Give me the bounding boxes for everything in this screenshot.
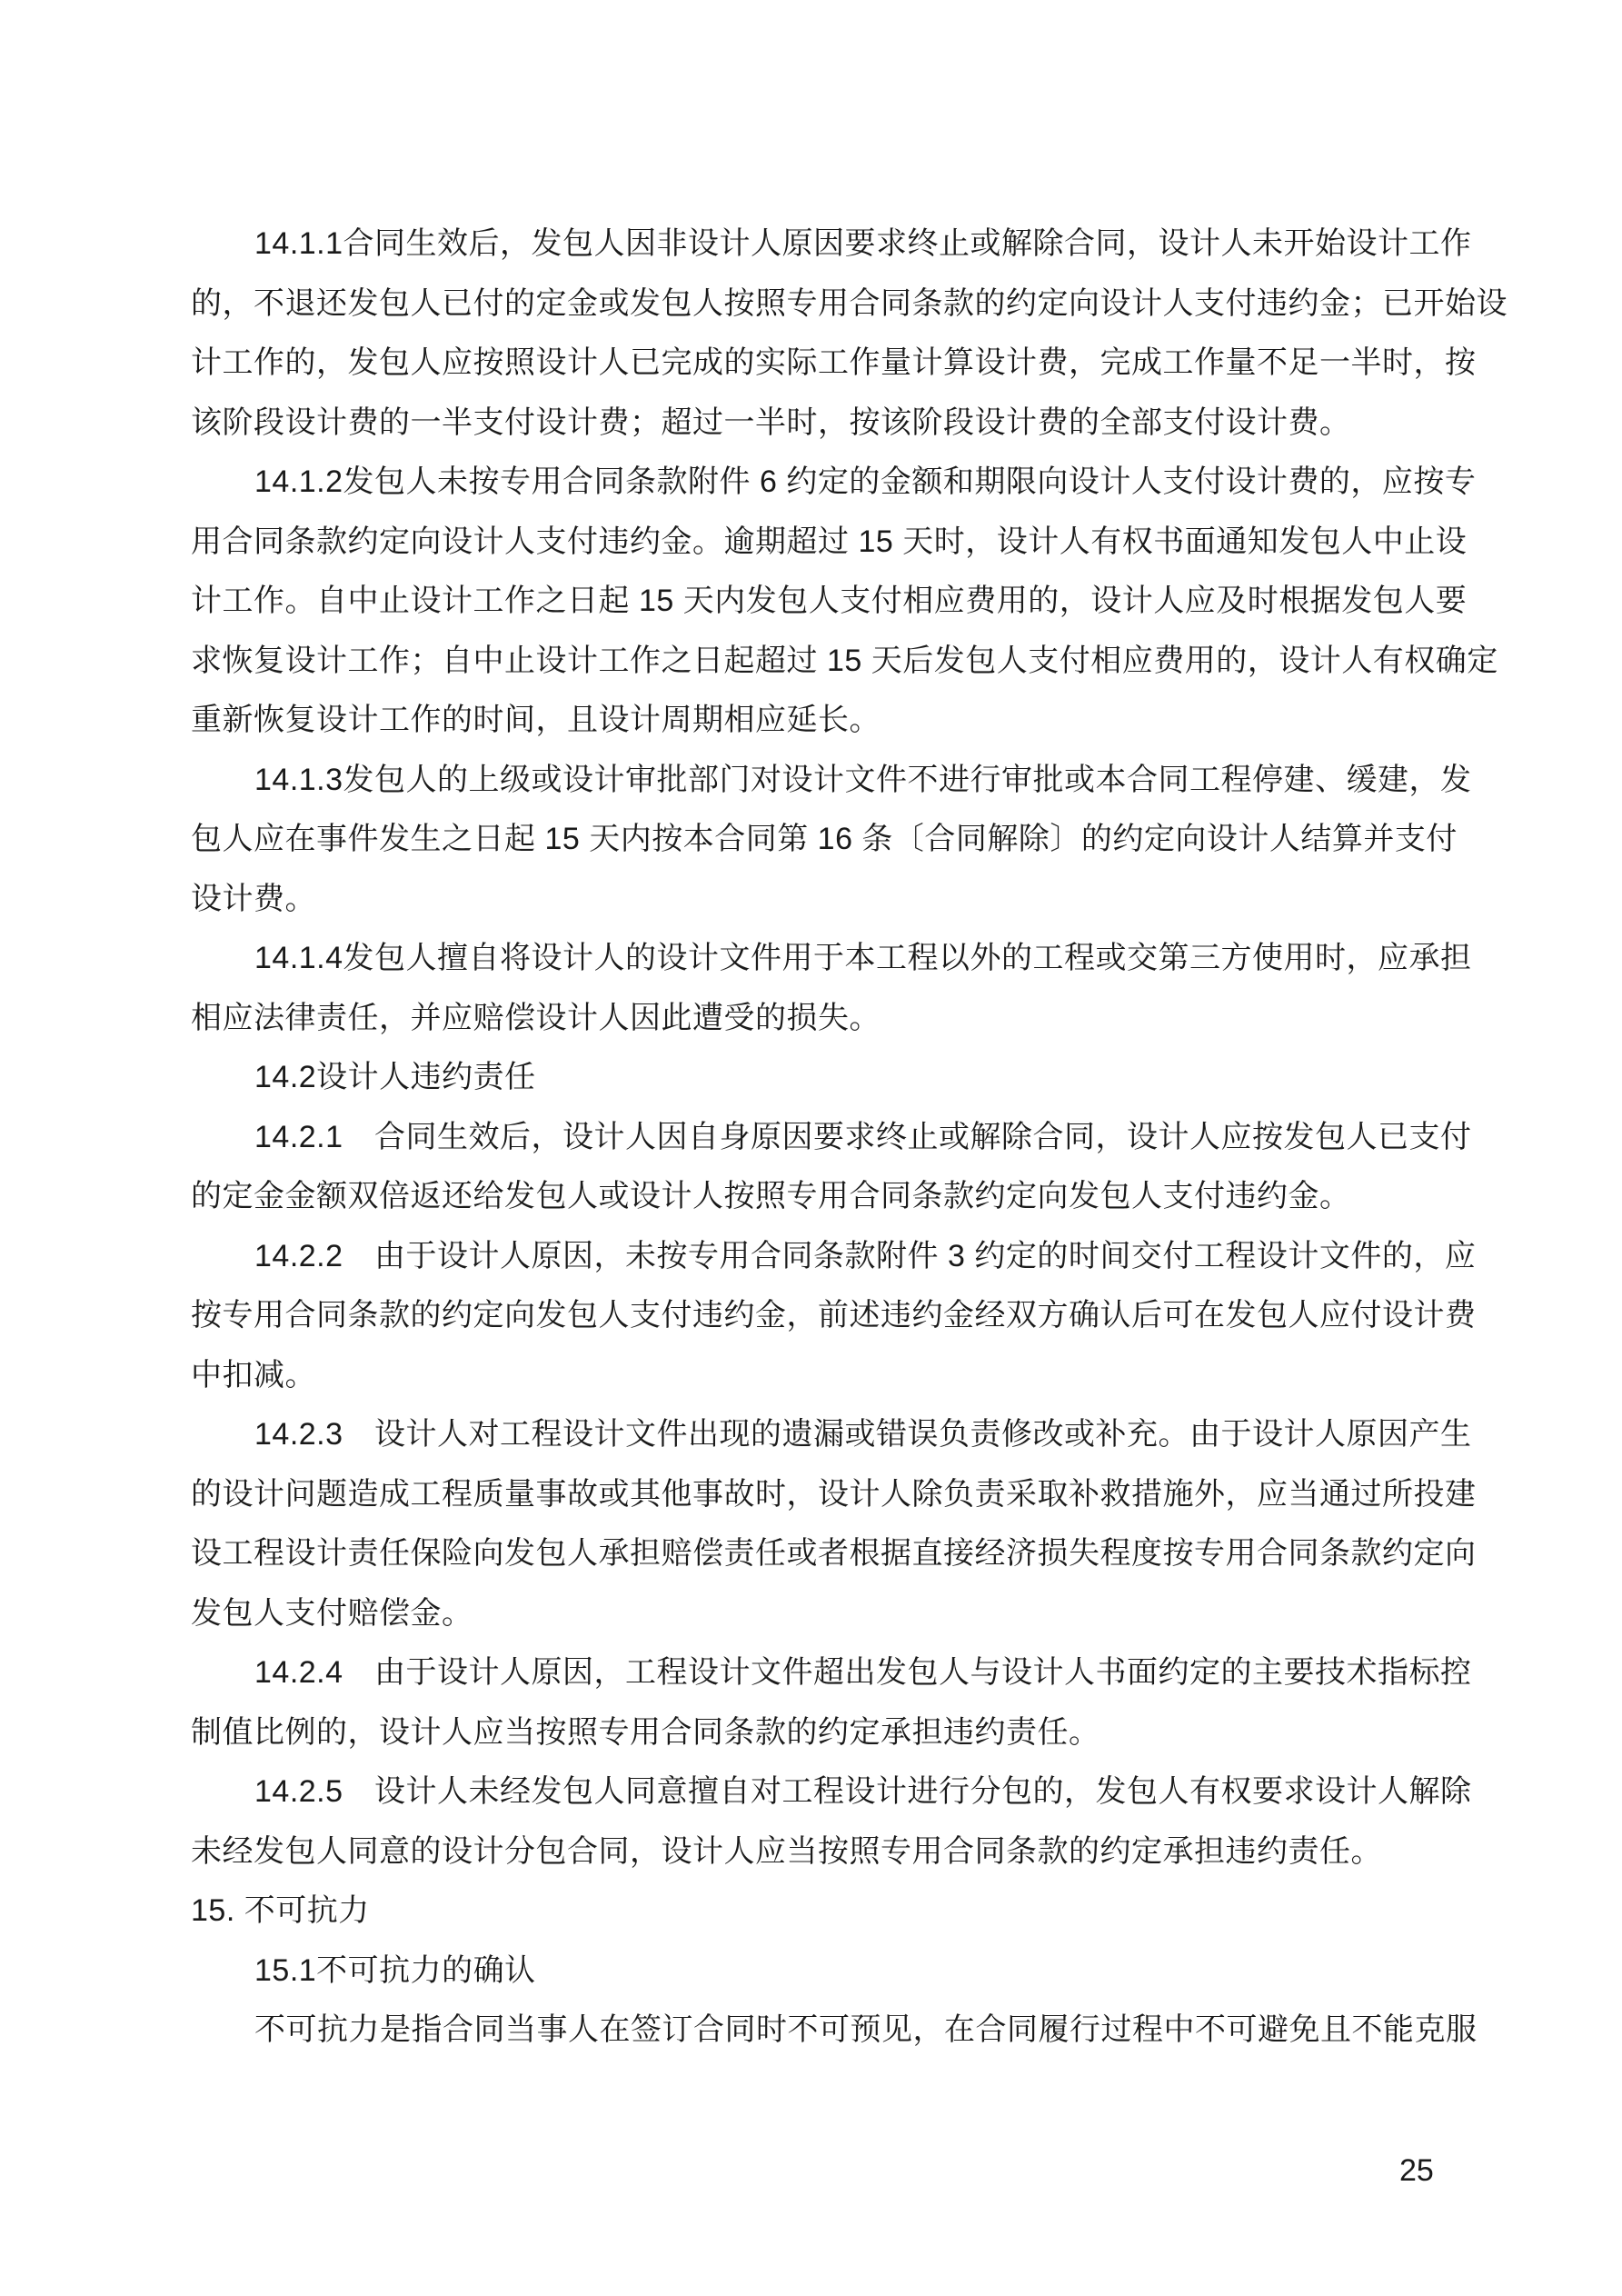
text-line: 制值比例的，设计人应当按照专用合同条款的约定承担违约责任。	[191, 1703, 1508, 1763]
text-line: 设计费。	[191, 870, 1508, 930]
text-line: 14.1.2发包人未按专用合同条款附件 6 约定的金额和期限向设计人支付设计费的…	[191, 453, 1508, 513]
text-line: 14.2.1 合同生效后，设计人因自身原因要求终止或解除合同，设计人应按发包人已…	[191, 1108, 1508, 1168]
paragraph: 14.1.3发包人的上级或设计审批部门对设计文件不进行审批或本合同工程停建、缓建…	[191, 751, 1508, 930]
text-line: 14.2设计人违约责任	[191, 1048, 1508, 1108]
text-line: 的设计问题造成工程质量事故或其他事故时，设计人除负责采取补救措施外，应当通过所投…	[191, 1465, 1508, 1525]
text-line: 14.1.1合同生效后，发包人因非设计人原因要求终止或解除合同，设计人未开始设计…	[191, 215, 1508, 275]
text-line: 重新恢复设计工作的时间，且设计周期相应延长。	[191, 691, 1508, 751]
paragraph: 15. 不可抗力	[191, 1882, 1508, 1942]
paragraph: 15.1不可抗力的确认	[191, 1942, 1508, 2002]
text-line: 中扣减。	[191, 1346, 1508, 1406]
text-line: 发包人支付赔偿金。	[191, 1584, 1508, 1644]
text-line: 15. 不可抗力	[191, 1882, 1508, 1942]
text-line: 14.2.4 由于设计人原因，工程设计文件超出发包人与设计人书面约定的主要技术指…	[191, 1643, 1508, 1703]
text-line: 计工作。自中止设计工作之日起 15 天内发包人支付相应费用的，设计人应及时根据发…	[191, 572, 1508, 632]
paragraph: 14.1.1合同生效后，发包人因非设计人原因要求终止或解除合同，设计人未开始设计…	[191, 215, 1508, 453]
text-line: 14.2.2 由于设计人原因，未按专用合同条款附件 3 约定的时间交付工程设计文…	[191, 1227, 1508, 1287]
text-line: 包人应在事件发生之日起 15 天内按本合同第 16 条〔合同解除〕的约定向设计人…	[191, 810, 1508, 870]
document-page: 14.1.1合同生效后，发包人因非设计人原因要求终止或解除合同，设计人未开始设计…	[0, 0, 1622, 2296]
text-line: 按专用合同条款的约定向发包人支付违约金，前述违约金经双方确认后可在发包人应付设计…	[191, 1286, 1508, 1346]
paragraph: 14.1.4发包人擅自将设计人的设计文件用于本工程以外的工程或交第三方使用时，应…	[191, 929, 1508, 1048]
document-body: 14.1.1合同生效后，发包人因非设计人原因要求终止或解除合同，设计人未开始设计…	[191, 215, 1508, 2061]
text-line: 计工作的，发包人应按照设计人已完成的实际工作量计算设计费，完成工作量不足一半时，…	[191, 334, 1508, 394]
text-line: 14.2.3 设计人对工程设计文件出现的遗漏或错误负责修改或补充。由于设计人原因…	[191, 1405, 1508, 1465]
text-line: 设工程设计责任保险向发包人承担赔偿责任或者根据直接经济损失程度按专用合同条款约定…	[191, 1524, 1508, 1584]
text-line: 用合同条款约定向设计人支付违约金。逾期超过 15 天时，设计人有权书面通知发包人…	[191, 513, 1508, 573]
text-line: 14.2.5 设计人未经发包人同意擅自对工程设计进行分包的，发包人有权要求设计人…	[191, 1762, 1508, 1822]
text-line: 不可抗力是指合同当事人在签订合同时不可预见，在合同履行过程中不可避免且不能克服	[191, 2001, 1508, 2061]
text-line: 的定金金额双倍返还给发包人或设计人按照专用合同条款约定向发包人支付违约金。	[191, 1167, 1508, 1227]
paragraph: 14.2.4 由于设计人原因，工程设计文件超出发包人与设计人书面约定的主要技术指…	[191, 1643, 1508, 1762]
text-line: 未经发包人同意的设计分包合同，设计人应当按照专用合同条款的约定承担违约责任。	[191, 1822, 1508, 1882]
text-line: 14.1.4发包人擅自将设计人的设计文件用于本工程以外的工程或交第三方使用时，应…	[191, 929, 1508, 989]
page-number: 25	[1399, 2152, 1434, 2189]
paragraph: 14.2.1 合同生效后，设计人因自身原因要求终止或解除合同，设计人应按发包人已…	[191, 1108, 1508, 1227]
paragraph: 14.2.3 设计人对工程设计文件出现的遗漏或错误负责修改或补充。由于设计人原因…	[191, 1405, 1508, 1643]
paragraph: 14.2.2 由于设计人原因，未按专用合同条款附件 3 约定的时间交付工程设计文…	[191, 1227, 1508, 1406]
text-line: 求恢复设计工作；自中止设计工作之日起超过 15 天后发包人支付相应费用的，设计人…	[191, 632, 1508, 692]
paragraph: 14.1.2发包人未按专用合同条款附件 6 约定的金额和期限向设计人支付设计费的…	[191, 453, 1508, 751]
text-line: 的，不退还发包人已付的定金或发包人按照专用合同条款的约定向设计人支付违约金；已开…	[191, 275, 1508, 334]
paragraph: 14.2.5 设计人未经发包人同意擅自对工程设计进行分包的，发包人有权要求设计人…	[191, 1762, 1508, 1882]
text-line: 14.1.3发包人的上级或设计审批部门对设计文件不进行审批或本合同工程停建、缓建…	[191, 751, 1508, 811]
text-line: 相应法律责任，并应赔偿设计人因此遭受的损失。	[191, 989, 1508, 1049]
paragraph: 14.2设计人违约责任	[191, 1048, 1508, 1108]
text-line: 该阶段设计费的一半支付设计费；超过一半时，按该阶段设计费的全部支付设计费。	[191, 394, 1508, 454]
paragraph: 不可抗力是指合同当事人在签订合同时不可预见，在合同履行过程中不可避免且不能克服	[191, 2001, 1508, 2061]
text-line: 15.1不可抗力的确认	[191, 1942, 1508, 2002]
